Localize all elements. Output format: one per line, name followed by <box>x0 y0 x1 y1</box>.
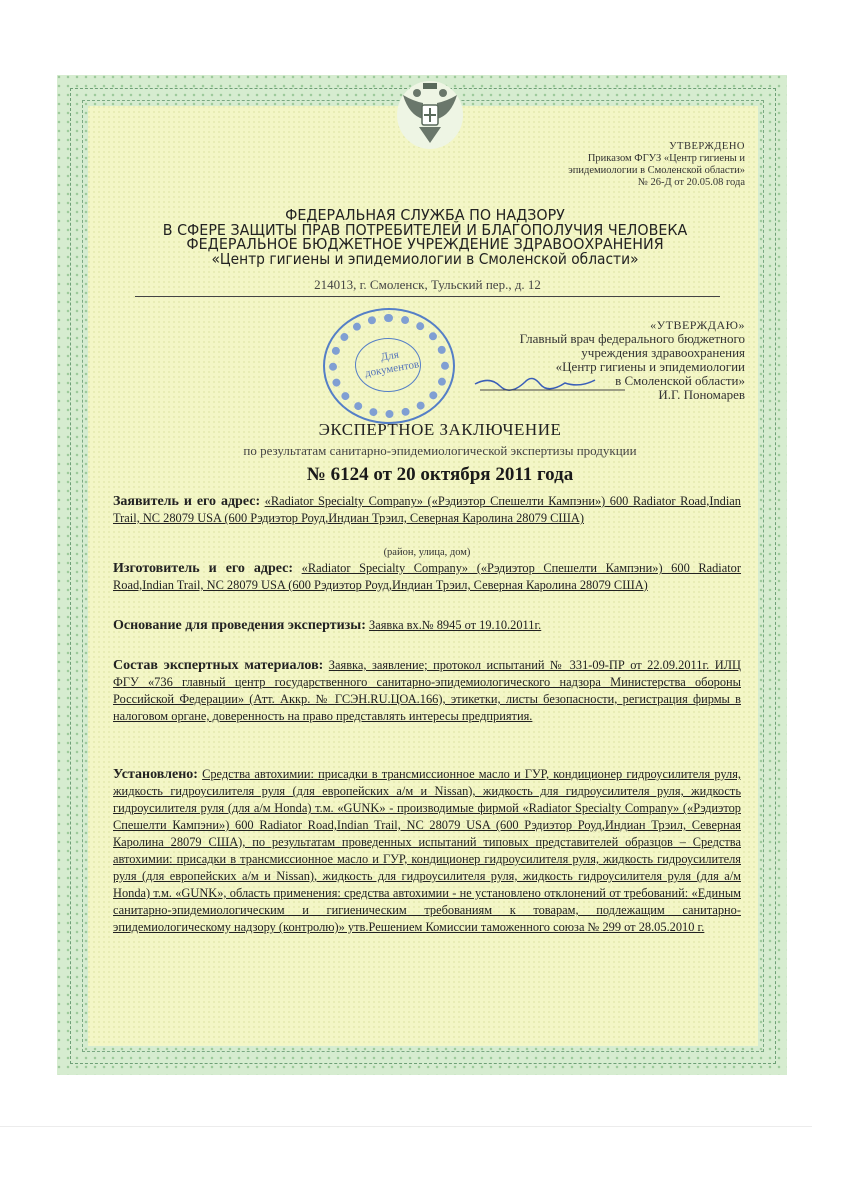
established-value: Средства автохимии: присадки в трансмисс… <box>113 767 741 934</box>
applicant-field: Заявитель и его адрес: «Radiator Special… <box>113 493 741 527</box>
organization-header: ФЕДЕРАЛЬНАЯ СЛУЖБА ПО НАДЗОРУ В СФЕРЕ ЗА… <box>126 208 724 266</box>
manufacturer-field: Изготовитель и его адрес: «Radiator Spec… <box>113 560 741 594</box>
materials-label: Состав экспертных материалов: <box>113 658 323 673</box>
official-seal-stamp: Для документов <box>323 308 455 424</box>
page-bottom-rule <box>0 1126 812 1127</box>
approved-line: № 26-Д от 20.05.08 года <box>568 177 745 189</box>
manufacturer-label: Изготовитель и его адрес: <box>113 561 293 576</box>
document-subtitle: по результатам санитарно-эпидемиологичес… <box>150 443 730 459</box>
double-headed-eagle-emblem-icon <box>395 75 465 150</box>
approved-by-order-block: УТВЕРЖДЕНО Приказом ФГУЗ «Центр гигиены … <box>568 141 745 189</box>
approval-line: учреждения здравоохранения <box>520 346 745 360</box>
applicant-label: Заявитель и его адрес: <box>113 494 260 509</box>
basis-label: Основание для проведения экспертизы: <box>113 618 366 633</box>
organization-address: 214013, г. Смоленск, Тульский пер., д. 1… <box>135 277 720 297</box>
approval-head: «УТВЕРЖДАЮ» <box>520 318 745 332</box>
document-number: № 6124 от 20 октября 2011 года <box>150 464 730 486</box>
approval-line: Главный врач федерального бюджетного <box>520 332 745 346</box>
established-label: Установлено: <box>113 767 198 782</box>
materials-field: Состав экспертных материалов: Заявка, за… <box>113 657 741 725</box>
approved-line: эпидемиологии в Смоленской области» <box>568 165 745 177</box>
approved-line: Приказом ФГУЗ «Центр гигиены и <box>568 153 745 165</box>
address-note: (район, улица, дом) <box>113 547 741 558</box>
established-field: Установлено: Средства автохимии: присадк… <box>113 766 741 936</box>
document-title: ЭКСПЕРТНОЕ ЗАКЛЮЧЕНИЕ <box>150 420 730 440</box>
basis-field: Основание для проведения экспертизы: Зая… <box>113 617 741 634</box>
approved-title: УТВЕРЖДЕНО <box>568 141 745 153</box>
signature-icon <box>470 370 630 392</box>
basis-value: Заявка вх.№ 8945 от 19.10.2011г. <box>369 618 541 632</box>
header-line: «Центр гигиены и эпидемиологии в Смоленс… <box>126 252 724 267</box>
